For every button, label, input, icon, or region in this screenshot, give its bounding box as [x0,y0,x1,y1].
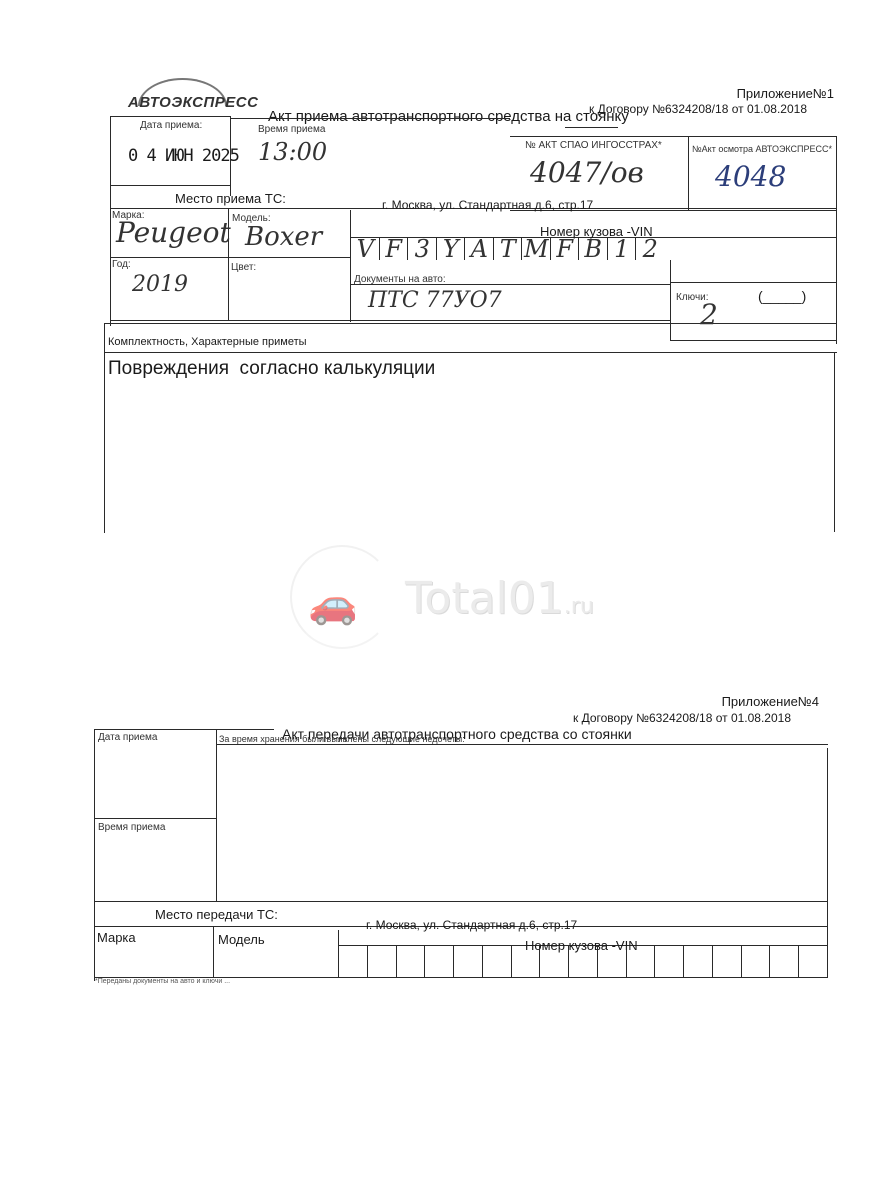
vin-char-cell: 2 [635,238,665,260]
act4-footnote: *Переданы документы на авто и ключи ... [95,978,230,985]
vin-empty-cell [654,946,684,978]
vin-empty-cell [741,946,771,978]
vin-empty-cell [424,946,454,978]
vin-char-cell: 3 [407,238,437,260]
vin-empty-cell [683,946,713,978]
total01-watermark: 🚗 Total01.ru [290,545,610,655]
watermark-text: Total01 [405,573,564,624]
act4-place-label: Место передачи ТС: [155,907,278,922]
vin-empty-cell [338,946,368,978]
watermark-suffix: .ru [564,594,594,619]
date-label: Дата приема: [140,120,202,131]
brand-value: Peugeot [116,216,231,249]
docs-label: Документы на авто: [354,274,446,285]
vin-char-cell: M [521,238,551,260]
completeness-label: Комплектность, Характерные приметы [108,336,307,348]
vin-empty-cell [769,946,799,978]
act4-vin-cells [338,946,827,978]
year-label: Год: [112,259,131,270]
place-value: г. Москва, ул. Стандартная д.6, стр.17 [382,198,593,212]
watermark-car-icon: 🚗 [308,580,358,627]
vin-char-cell: B [578,238,608,260]
vin-empty-cell [626,946,656,978]
vin-char-cell: 1 [607,238,637,260]
model-value: Boxer [245,222,322,252]
vin-char-cell: A [464,238,494,260]
ingos-act-label: № АКТ СПАО ИНГОССТРАХ* [525,140,662,151]
vin-char-cell: F [379,238,409,260]
ingos-act-value: 4047/ов [530,156,644,189]
defects-label: За время хранения были выявлены следующи… [219,734,465,744]
title-underline [565,127,618,128]
vin-empty-cell [511,946,541,978]
logo-text: АВТОЭКСПРЕСС [128,94,258,111]
completeness-value: Повреждения согласно калькуляции [108,358,435,380]
vin-char-cell: Y [436,238,466,260]
act4-time-label: Время приема [98,822,165,833]
vin-empty-cell [539,946,569,978]
act1-title: Акт приема автотранспортного средства на… [268,108,629,125]
appendix-1-label: Приложение№1 [737,86,834,101]
docs-value: ПТС 77УО7 [368,288,502,313]
contract-ref-4: к Договору №6324208/18 от 01.08.2018 [573,711,791,725]
year-value: 2019 [132,272,188,297]
place-label: Место приема ТС: [175,191,286,206]
vin-empty-cell [597,946,627,978]
vin-empty-cell [396,946,426,978]
act4-place-value: г. Москва, ул. Стандартная д.6, стр.17 [366,918,577,932]
keys-value: 2 [700,298,718,331]
vin-cells: VF3YATMFB12 [350,238,692,260]
act4-model-label: Модель [218,932,265,947]
color-label: Цвет: [231,262,256,273]
act4-date-label: Дата приема [98,732,157,743]
vin-char-cell: F [550,238,580,260]
vin-empty-cell [568,946,598,978]
inspection-act-label: №Акт осмотра АВТОЭКСПРЕСС* [692,144,832,154]
keys-bracket: (_____) [758,288,806,304]
vin-empty-cell [453,946,483,978]
vin-empty-cell [482,946,512,978]
vin-char-cell: T [493,238,523,260]
autoexpress-logo: АВТОЭКСПРЕСС [128,78,233,118]
act4-brand-label: Марка [97,930,136,945]
vin-empty-cell [798,946,828,978]
time-label: Время приема [258,124,325,135]
vin-empty-cell [712,946,742,978]
vin-char-cell: V [350,238,380,260]
appendix-4-label: Приложение№4 [722,694,819,709]
date-stamp: 0 4 ИЮН 2025 [128,146,239,166]
inspection-act-value: 4048 [715,160,786,193]
time-value: 13:00 [258,138,327,166]
vin-empty-cell [367,946,397,978]
vin-redaction [690,250,836,282]
